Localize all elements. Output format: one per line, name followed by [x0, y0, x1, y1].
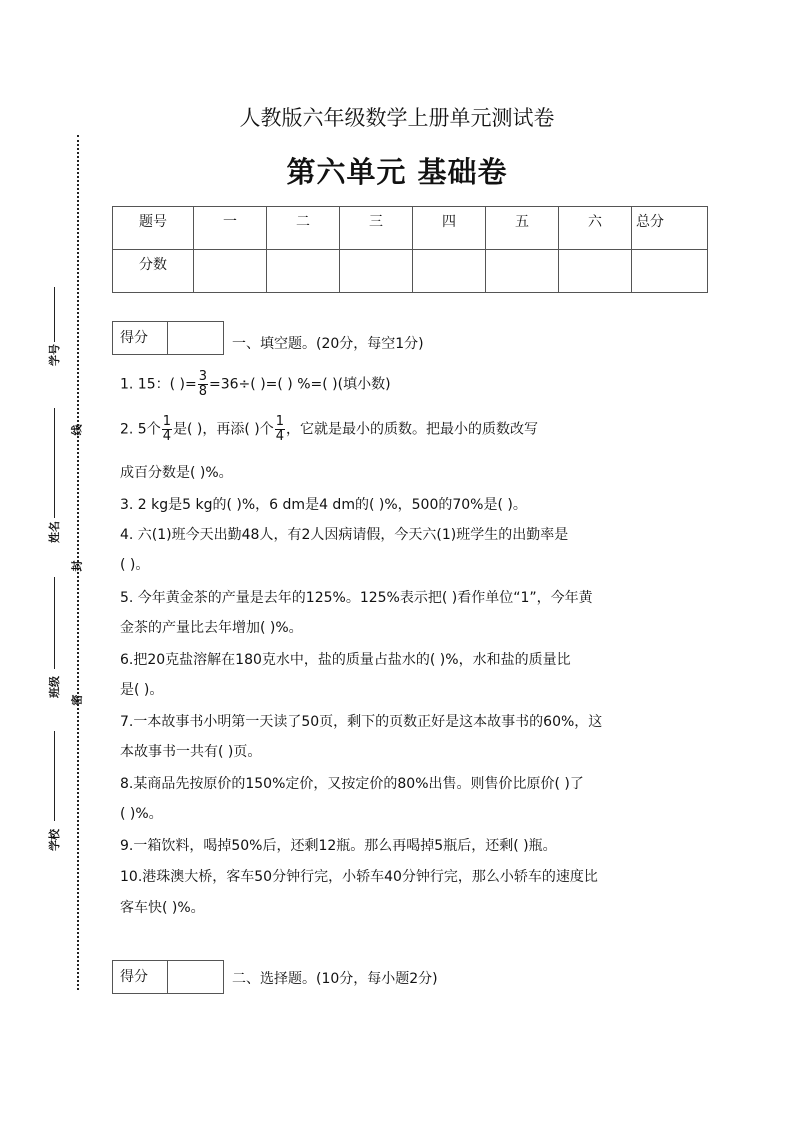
question-text: 是( )，再添( )个	[173, 422, 274, 438]
binding-mark: 封	[69, 561, 85, 572]
question-5: 5. 今年黄金茶的产量是去年的125%。125%表示把( )看作单位“1”，今年…	[120, 590, 593, 606]
score-input-cell[interactable]	[559, 250, 632, 293]
question-text: 1. 15：( )=	[120, 377, 197, 393]
section2-score-box: 得分	[112, 960, 224, 994]
class-label: 班级	[46, 672, 62, 698]
fraction-denominator: 4	[162, 430, 172, 444]
score-box-input[interactable]	[168, 961, 223, 993]
student-id-label: 学号	[46, 340, 62, 366]
fraction: 14	[275, 415, 285, 444]
score-input-cell[interactable]	[486, 250, 559, 293]
school-line[interactable]	[54, 731, 55, 821]
question-7-line2: 本故事书一共有( )页。	[120, 744, 261, 760]
question-2: 2. 5个14是( )，再添( )个14，它就是最小的质数。把最小的质数改写	[120, 415, 538, 444]
student-id-line[interactable]	[54, 287, 55, 342]
question-1: 1. 15：( )=38=36÷( )=( ) %=( )(填小数)	[120, 370, 391, 399]
question-6: 6.把20克盐溶解在180克水中，盐的质量占盐水的( )%，水和盐的质量比	[120, 652, 571, 668]
question-4-line2: ( )。	[120, 557, 149, 573]
exam-title: 人教版六年级数学上册单元测试卷	[0, 102, 794, 132]
score-table-cell: 总分	[632, 207, 708, 250]
binding-mark: 密	[69, 695, 85, 706]
score-box-label: 得分	[113, 322, 168, 354]
score-table-cell: 四	[413, 207, 486, 250]
score-input-cell[interactable]	[194, 250, 267, 293]
score-table-cell: 题号	[113, 207, 194, 250]
question-9: 9.一箱饮料，喝掉50%后，还剩12瓶。那么再喝掉5瓶后，还剩( )瓶。	[120, 838, 557, 854]
question-4: 4. 六(1)班今天出勤48人，有2人因病请假，今天六(1)班学生的出勤率是	[120, 527, 568, 543]
score-table-header-row: 题号 一 二 三 四 五 六 总分	[113, 207, 708, 250]
score-table-cell: 二	[267, 207, 340, 250]
question-6-line2: 是( )。	[120, 682, 163, 698]
school-label: 学校	[46, 825, 62, 851]
score-input-cell[interactable]	[413, 250, 486, 293]
question-text: =36÷( )=( ) %=( )(填小数)	[209, 377, 391, 393]
section2-heading: 二、选择题。(10分，每小题2分)	[232, 968, 438, 988]
question-7: 7.一本故事书小明第一天读了50页，剩下的页数正好是这本故事书的60%，这	[120, 714, 602, 730]
question-3: 3. 2 kg是5 kg的( )%，6 dm是4 dm的( )%，500的70%…	[120, 497, 527, 513]
class-line[interactable]	[54, 577, 55, 669]
name-line[interactable]	[54, 408, 55, 518]
score-table-cell: 一	[194, 207, 267, 250]
fraction: 14	[162, 415, 172, 444]
question-5-line2: 金茶的产量比去年增加( )%。	[120, 620, 303, 636]
score-table: 题号 一 二 三 四 五 六 总分 分数	[112, 206, 708, 293]
section1-heading: 一、填空题。(20分，每空1分)	[232, 333, 424, 353]
exam-subtitle: 第六单元 基础卷	[0, 150, 794, 191]
question-10-line2: 客车快( )%。	[120, 900, 205, 916]
question-10: 10.港珠澳大桥，客车50分钟行完，小轿车40分钟行完，那么小轿车的速度比	[120, 869, 598, 885]
fraction-denominator: 8	[198, 385, 208, 399]
question-8: 8.某商品先按原价的150%定价，又按定价的80%出售。则售价比原价( )了	[120, 776, 584, 792]
score-input-cell[interactable]	[340, 250, 413, 293]
score-table-score-row: 分数	[113, 250, 708, 293]
score-box-input[interactable]	[168, 322, 223, 354]
score-input-cell[interactable]	[632, 250, 708, 293]
score-input-cell[interactable]	[267, 250, 340, 293]
question-text: ，它就是最小的质数。把最小的质数改写	[286, 422, 538, 438]
score-table-cell: 五	[486, 207, 559, 250]
score-box-label: 得分	[113, 961, 168, 993]
question-8-line2: ( )%。	[120, 806, 163, 822]
fraction-numerator: 3	[198, 370, 208, 385]
name-label: 姓名	[46, 517, 62, 543]
fraction-denominator: 4	[275, 430, 285, 444]
score-table-cell: 六	[559, 207, 632, 250]
binding-mark: 线	[69, 425, 85, 436]
fraction-numerator: 1	[275, 415, 285, 430]
section1-score-box: 得分	[112, 321, 224, 355]
score-table-cell: 三	[340, 207, 413, 250]
fraction: 38	[198, 370, 208, 399]
question-2-line2: 成百分数是( )%。	[120, 465, 233, 481]
score-table-cell: 分数	[113, 250, 194, 293]
fraction-numerator: 1	[162, 415, 172, 430]
question-text: 2. 5个	[120, 422, 161, 438]
